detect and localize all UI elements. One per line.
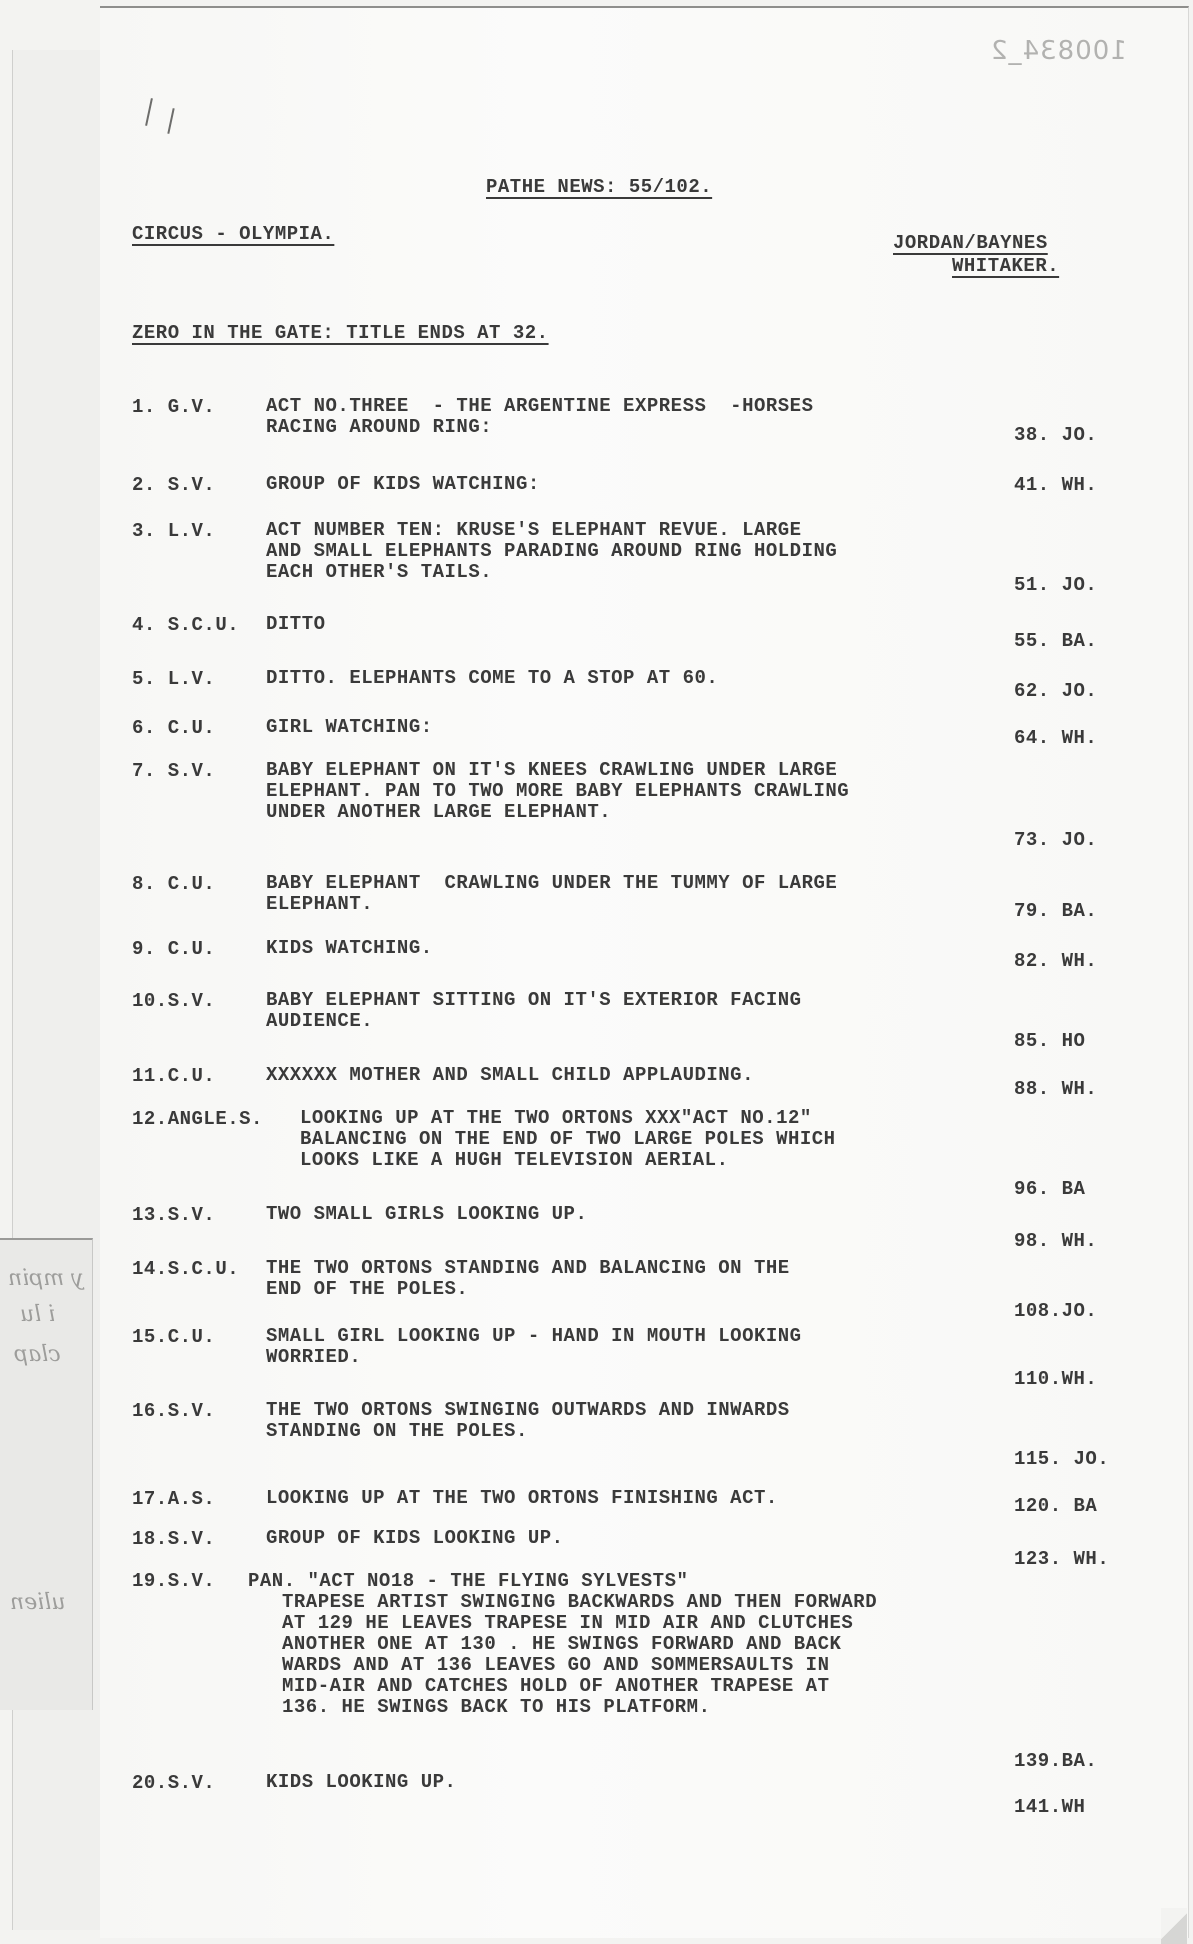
description-line: BABY ELEPHANT CRAWLING UNDER THE TUMMY O… [266, 873, 837, 894]
shot-description: DITTO [266, 614, 326, 635]
footage-cameraman: 62. JO. [1014, 680, 1097, 702]
shot-number: 20.S.V. [132, 1772, 215, 1794]
description-line: ACT NO.THREE - THE ARGENTINE EXPRESS -HO… [266, 396, 814, 417]
shot-number: 17.A.S. [132, 1488, 215, 1510]
description-line: KIDS WATCHING. [266, 938, 433, 959]
description-line: GIRL WATCHING: [266, 717, 433, 738]
description-line: THE TWO ORTONS STANDING AND BALANCING ON… [266, 1258, 790, 1279]
shot-description: GIRL WATCHING: [266, 717, 433, 738]
shot-lead: PAN. "ACT NO18 - THE FLYING SYLVESTS" [248, 1570, 688, 1592]
shot-number: 4. S.C.U. [132, 614, 239, 636]
shot-number: 18.S.V. [132, 1528, 215, 1550]
shot-description: XXXXXX MOTHER AND SMALL CHILD APPLAUDING… [266, 1065, 754, 1086]
shot-number: 19.S.V. [132, 1570, 215, 1592]
footage-cameraman: 88. WH. [1014, 1078, 1097, 1100]
shot-number: 14.S.C.U. [132, 1258, 239, 1280]
description-line: MID-AIR AND CATCHES HOLD OF ANOTHER TRAP… [282, 1676, 877, 1697]
footage-cameraman: 98. WH. [1014, 1230, 1097, 1252]
description-line: WORRIED. [266, 1347, 802, 1368]
footage-cameraman: 110.WH. [1014, 1368, 1097, 1390]
description-line: TWO SMALL GIRLS LOOKING UP. [266, 1204, 587, 1225]
shot-number: 5. L.V. [132, 668, 215, 690]
shot-number: 13.S.V. [132, 1204, 215, 1226]
margin-handwriting: i lu [20, 1302, 55, 1327]
description-line: BABY ELEPHANT ON IT'S KNEES CRAWLING UND… [266, 760, 849, 781]
description-line: GROUP OF KIDS LOOKING UP. [266, 1528, 564, 1549]
shot-number: 8. C.U. [132, 873, 215, 895]
footage-cameraman: 64. WH. [1014, 727, 1097, 749]
description-line: BABY ELEPHANT SITTING ON IT'S EXTERIOR F… [266, 990, 802, 1011]
footage-cameraman: 139.BA. [1014, 1750, 1097, 1772]
description-line: LOOKING UP AT THE TWO ORTONS FINISHING A… [266, 1488, 778, 1509]
description-line: STANDING ON THE POLES. [266, 1421, 790, 1442]
zero-gate-note: ZERO IN THE GATE: TITLE ENDS AT 32. [132, 322, 549, 344]
description-line: AUDIENCE. [266, 1011, 802, 1032]
shot-description: GROUP OF KIDS WATCHING: [266, 474, 540, 495]
shot-description: LOOKING UP AT THE TWO ORTONS FINISHING A… [266, 1488, 778, 1509]
footage-cameraman: 108.JO. [1014, 1300, 1097, 1322]
description-line: LOOKS LIKE A HUGH TELEVISION AERIAL. [300, 1150, 836, 1171]
description-line: UNDER ANOTHER LARGE ELEPHANT. [266, 802, 849, 823]
description-line: ACT NUMBER TEN: KRUSE'S ELEPHANT REVUE. … [266, 520, 837, 541]
shot-description: BABY ELEPHANT ON IT'S KNEES CRAWLING UND… [266, 760, 849, 823]
shot-description: THE TWO ORTONS STANDING AND BALANCING ON… [266, 1258, 790, 1300]
shot-number: 11.C.U. [132, 1065, 215, 1087]
footage-cameraman: 96. BA [1014, 1178, 1085, 1200]
shot-description: SMALL GIRL LOOKING UP - HAND IN MOUTH LO… [266, 1326, 802, 1368]
description-line: ELEPHANT. [266, 894, 837, 915]
footage-cameraman: 120. BA [1014, 1495, 1097, 1517]
cameramen-line-1: JORDAN/BAYNES [893, 232, 1048, 254]
shot-number: 1. G.V. [132, 396, 215, 418]
cameramen-line-2: WHITAKER. [952, 255, 1059, 277]
shot-description: GROUP OF KIDS LOOKING UP. [266, 1528, 564, 1549]
footage-cameraman: 38. JO. [1014, 424, 1097, 446]
footage-cameraman: 51. JO. [1014, 574, 1097, 596]
margin-handwriting: ulien [10, 1590, 65, 1615]
description-line: ELEPHANT. PAN TO TWO MORE BABY ELEPHANTS… [266, 781, 849, 802]
shot-number: 15.C.U. [132, 1326, 215, 1348]
shot-number: 7. S.V. [132, 760, 215, 782]
description-line: BALANCING ON THE END OF TWO LARGE POLES … [300, 1129, 836, 1150]
story-subject: CIRCUS - OLYMPIA. [132, 223, 334, 245]
footage-cameraman: 41. WH. [1014, 474, 1097, 496]
shot-description: BABY ELEPHANT CRAWLING UNDER THE TUMMY O… [266, 873, 837, 915]
description-line: DITTO [266, 614, 326, 635]
description-line: XXXXXX MOTHER AND SMALL CHILD APPLAUDING… [266, 1065, 754, 1086]
shot-number: 2. S.V. [132, 474, 215, 496]
footage-cameraman: 82. WH. [1014, 950, 1097, 972]
margin-note-strip: y mpin i lu clap ulien [0, 1238, 93, 1710]
shot-number: 12.ANGLE.S. [132, 1108, 263, 1130]
shot-description: KIDS LOOKING UP. [266, 1772, 456, 1793]
description-line: END OF THE POLES. [266, 1279, 790, 1300]
shot-number: 9. C.U. [132, 938, 215, 960]
description-line: WARDS AND AT 136 LEAVES GO AND SOMMERSAU… [282, 1655, 877, 1676]
footage-cameraman: 55. BA. [1014, 630, 1097, 652]
margin-handwriting: y mpin [8, 1266, 84, 1291]
shot-description: TWO SMALL GIRLS LOOKING UP. [266, 1204, 587, 1225]
description-line: EACH OTHER'S TAILS. [266, 562, 837, 583]
description-line: LOOKING UP AT THE TWO ORTONS XXX"ACT NO.… [300, 1108, 836, 1129]
footage-cameraman: 123. WH. [1014, 1548, 1109, 1570]
description-line: AND SMALL ELEPHANTS PARADING AROUND RING… [266, 541, 837, 562]
shot-description: LOOKING UP AT THE TWO ORTONS XXX"ACT NO.… [300, 1108, 836, 1171]
shot-description: ACT NUMBER TEN: KRUSE'S ELEPHANT REVUE. … [266, 520, 837, 583]
document-title: PATHE NEWS: 55/102. [486, 176, 712, 198]
description-line: DITTO. ELEPHANTS COME TO A STOP AT 60. [266, 668, 718, 689]
footage-cameraman: 85. HO [1014, 1030, 1085, 1052]
shot-description: THE TWO ORTONS SWINGING OUTWARDS AND INW… [266, 1400, 790, 1442]
footage-cameraman: 79. BA. [1014, 900, 1097, 922]
shot-description: BABY ELEPHANT SITTING ON IT'S EXTERIOR F… [266, 990, 802, 1032]
shot-description: TRAPESE ARTIST SWINGING BACKWARDS AND TH… [282, 1592, 877, 1718]
shot-number: 6. C.U. [132, 717, 215, 739]
footage-cameraman: 141.WH [1014, 1796, 1085, 1818]
archive-number: 100834_2 [990, 36, 1127, 66]
margin-handwriting: clap [14, 1342, 61, 1367]
footage-cameraman: 73. JO. [1014, 829, 1097, 851]
page-curl [1161, 1908, 1187, 1944]
description-line: AT 129 HE LEAVES TRAPESE IN MID AIR AND … [282, 1613, 877, 1634]
description-line: SMALL GIRL LOOKING UP - HAND IN MOUTH LO… [266, 1326, 802, 1347]
description-line: THE TWO ORTONS SWINGING OUTWARDS AND INW… [266, 1400, 790, 1421]
description-line: RACING AROUND RING: [266, 417, 814, 438]
description-line: GROUP OF KIDS WATCHING: [266, 474, 540, 495]
shot-description: KIDS WATCHING. [266, 938, 433, 959]
description-line: KIDS LOOKING UP. [266, 1772, 456, 1793]
description-line: 136. HE SWINGS BACK TO HIS PLATFORM. [282, 1697, 877, 1718]
shot-number: 10.S.V. [132, 990, 215, 1012]
shot-description: DITTO. ELEPHANTS COME TO A STOP AT 60. [266, 668, 718, 689]
description-line: ANOTHER ONE AT 130 . HE SWINGS FORWARD A… [282, 1634, 877, 1655]
shot-description: ACT NO.THREE - THE ARGENTINE EXPRESS -HO… [266, 396, 814, 438]
footage-cameraman: 115. JO. [1014, 1448, 1109, 1470]
description-line: TRAPESE ARTIST SWINGING BACKWARDS AND TH… [282, 1592, 877, 1613]
shot-number: 16.S.V. [132, 1400, 215, 1422]
shot-number: 3. L.V. [132, 520, 215, 542]
